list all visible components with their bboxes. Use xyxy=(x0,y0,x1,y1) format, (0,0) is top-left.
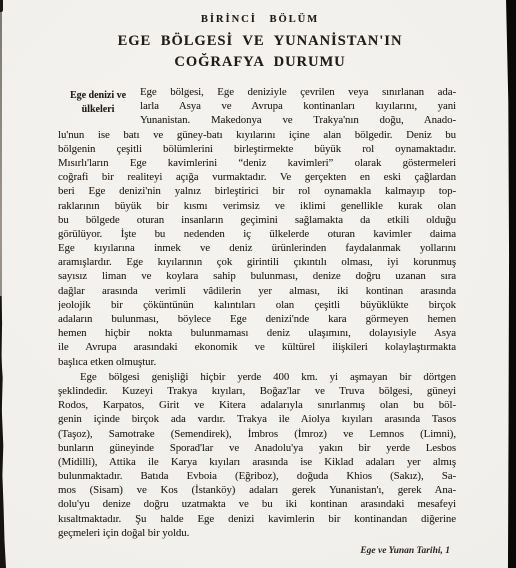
chapter-heading: BİRİNCİ BÖLÜM xyxy=(40,14,480,25)
scan-corner-speck xyxy=(0,0,3,12)
text-line: aramışlardır. Ege kıyılarının çok girint… xyxy=(58,255,456,269)
margin-note-line-1: Ege denizi ve xyxy=(58,89,138,103)
text-line: Ege kıyılarına inmek ve deniz ürünlerind… xyxy=(58,241,456,255)
text-line: Ege bölgesi genişliği hiçbir yerde 400 k… xyxy=(58,370,456,384)
text-line: Mısırlı'ların Ege kavimlerini “deniz kav… xyxy=(58,156,456,170)
text-line: görülüyor. İşte bu nedenden iç ülkelerde… xyxy=(58,227,456,241)
margin-note: Ege denizi ve ülkeleri xyxy=(58,89,138,116)
text-line: hemen hiçbir nokta bulunmaması deniz ula… xyxy=(58,326,456,340)
paragraph: Ege bölgesi, Ege deniziyle çevrilen veya… xyxy=(58,85,456,369)
text-line: mos (Sisam) ve Kos (İstanköy) adaları ge… xyxy=(58,483,456,497)
page-heading-block: BİRİNCİ BÖLÜM EGE BÖLGESİ VE YUNANİSTAN'… xyxy=(40,14,480,72)
text-line: adaların bulunması, böylece Ege denizi'n… xyxy=(58,312,456,326)
text-line: jeolojik bir çöküntünün kalıntıları olan… xyxy=(58,298,456,312)
text-line: beri Ege denizi'nin yalnız birleştirici … xyxy=(58,184,456,198)
text-line: dolu'yu denize doğru uzatmakta ve bu iki… xyxy=(58,497,456,511)
text-line: bölgenin çeşitli bölümlerini birleştirme… xyxy=(58,142,456,156)
margin-note-line-2: ülkeleri xyxy=(58,103,138,117)
title-line-1: EGE BÖLGESİ VE YUNANİSTAN'IN xyxy=(40,31,480,52)
text-line: Ege bölgesi, Ege deniziyle çevrilen veya… xyxy=(140,85,456,99)
body-text: Ege denizi ve ülkeleri Ege bölgesi, Ege … xyxy=(58,85,456,540)
text-line: raklarının büyük bir kısmı verimsiz ve i… xyxy=(58,199,456,213)
text-line: geçmeleri için doğal bir yoldu. xyxy=(58,526,456,540)
text-line: bu bölgede oturan insanların geçimini sa… xyxy=(58,213,456,227)
text-line: ile Avrupa arasındaki ekonomik ve kültür… xyxy=(58,340,456,354)
title-line-2: COĞRAFYA DURUMU xyxy=(40,52,480,73)
text-line: dağlar arasında verimli vâdilerin yer al… xyxy=(58,284,456,298)
text-line: coğrafi bir realiteyi açığa vurmaktadır.… xyxy=(58,170,456,184)
text-line: kısaltmaktadır. Şu halde Ege denizi kavi… xyxy=(58,512,456,526)
text-line: Rodos, Karpatos, Girit ve Kitera adaları… xyxy=(58,398,456,412)
text-line: (Taşoz), Samotrake (Semendirek), İmbros … xyxy=(58,427,456,441)
paragraphs-container: Ege bölgesi, Ege deniziyle çevrilen veya… xyxy=(58,85,456,540)
scan-left-edge-blotch xyxy=(0,296,6,568)
text-line: (Midilli), Attika ile Karya kıyıları ara… xyxy=(58,455,456,469)
text-line: lu'nun ise batı ve güney-batı kıyılarını… xyxy=(58,128,456,142)
text-line: bulunmaktadır. Batıda Evboia (Eğriboz), … xyxy=(58,469,456,483)
page-title: EGE BÖLGESİ VE YUNANİSTAN'IN COĞRAFYA DU… xyxy=(40,31,480,72)
running-footer: Ege ve Yunan Tarihi, 1 xyxy=(58,546,450,556)
text-line: şeklindedir. Kuzeyi Trakya kıyıları, Boğ… xyxy=(58,384,456,398)
scanned-book-page: BİRİNCİ BÖLÜM EGE BÖLGESİ VE YUNANİSTAN'… xyxy=(0,0,516,568)
text-line: bunların güneyinde Sporad'lar ve Anadolu… xyxy=(58,441,456,455)
text-line: larla Asya ve Avrupa kontinanları kıyıla… xyxy=(140,99,456,113)
text-line: genin içinde birçok ada vardır. Trakya i… xyxy=(58,412,456,426)
text-line: başlıca etken olmuştur. xyxy=(58,355,456,369)
text-line: Yunanistan. Makedonya ve Trakya'nın doğu… xyxy=(140,113,456,127)
scan-right-edge-bar xyxy=(504,0,516,568)
text-line: sayısız liman ve koylara sahip bulunması… xyxy=(58,269,456,283)
paragraph: Ege bölgesi genişliği hiçbir yerde 400 k… xyxy=(58,370,456,540)
